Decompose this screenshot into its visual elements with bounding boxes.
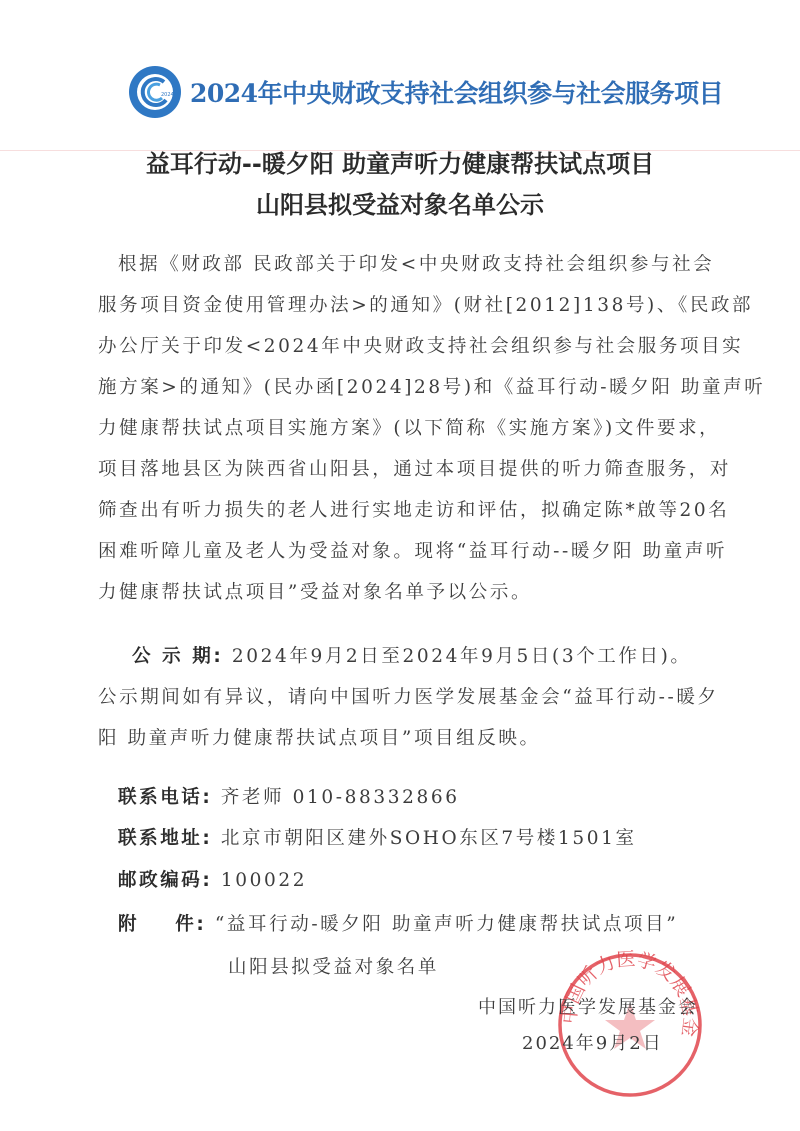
paragraph-line: 公示期间如有异议，请向中国听力医学发展基金会“益耳行动--暖夕 xyxy=(98,683,719,709)
program-title: 2024年中央财政支持社会组织参与社会服务项目 xyxy=(190,74,723,110)
attachment: 附 件: “益耳行动-暖夕阳 助童声听力健康帮扶试点项目” xyxy=(118,910,678,936)
contact-address-label: 联系地址: xyxy=(118,828,212,849)
page-header: 2024 2024年中央财政支持社会组织参与社会服务项目 xyxy=(128,64,723,120)
paragraph-line: 服务项目资金使用管理办法>的通知》(财社[2012]138号)、《民政部 xyxy=(98,291,753,317)
contact-address: 联系地址: 北京市朝阳区建外SOHO东区7号楼1501室 xyxy=(118,824,637,850)
contact-phone-label: 联系电话: xyxy=(118,787,212,808)
paragraph-line: 施方案>的通知》(民办函[2024]28号)和《益耳行动-暖夕阳 助童声听 xyxy=(98,373,765,399)
paragraph-line: 办公厅关于印发<2024年中央财政支持社会组织参与社会服务项目实 xyxy=(98,332,743,358)
official-seal-icon: 中国听力医学发展基金会 xyxy=(555,950,705,1100)
paragraph-line: 筛查出有听力损失的老人进行实地走访和评估，拟确定陈*啟等20名 xyxy=(98,496,729,522)
signature-organization: 中国听力医学发展基金会 xyxy=(478,993,698,1019)
postal-code: 邮政编码: 100022 xyxy=(118,866,307,892)
postal-code-value: 100022 xyxy=(221,870,307,891)
paragraph-line: 项目落地县区为陕西省山阳县，通过本项目提供的听力筛查服务，对 xyxy=(98,455,731,481)
postal-code-label: 邮政编码: xyxy=(118,870,212,891)
attachment-value-line2: 山阳县拟受益对象名单 xyxy=(228,953,439,979)
paragraph-line: 根据《财政部 民政部关于印发<中央财政支持社会组织参与社会 xyxy=(118,250,714,276)
notice-period-label: 公 示 期: xyxy=(132,646,223,667)
document-title-line2: 山阳县拟受益对象名单公示 xyxy=(0,185,800,220)
attachment-label: 附 件: xyxy=(118,914,206,935)
notice-period-value: 2024年9月2日至2024年9月5日(3个工作日)。 xyxy=(232,646,692,667)
signature-date: 2024年9月2日 xyxy=(522,1029,663,1055)
attachment-value-line1: “益耳行动-暖夕阳 助童声听力健康帮扶试点项目” xyxy=(215,914,678,935)
paragraph-line: 阳 助童声听力健康帮扶试点项目”项目组反映。 xyxy=(98,724,541,750)
contact-phone-value: 齐老师 010-88332866 xyxy=(221,787,460,808)
notice-period: 公 示 期: 2024年9月2日至2024年9月5日(3个工作日)。 xyxy=(132,642,692,668)
document-title-line1: 益耳行动--暖夕阳 助童声听力健康帮扶试点项目 xyxy=(0,144,800,179)
program-emblem-icon: 2024 xyxy=(128,65,182,119)
contact-phone: 联系电话: 齐老师 010-88332866 xyxy=(118,783,460,809)
paragraph-line: 力健康帮扶试点项目”受益对象名单予以公示。 xyxy=(98,578,532,604)
paragraph-line: 困难听障儿童及老人为受益对象。现将“益耳行动--暖夕阳 助童声听 xyxy=(98,537,727,563)
contact-address-value: 北京市朝阳区建外SOHO东区7号楼1501室 xyxy=(221,828,637,849)
svg-text:2024: 2024 xyxy=(161,92,174,98)
paragraph-line: 力健康帮扶试点项目实施方案》(以下简称《实施方案》)文件要求， xyxy=(98,414,720,440)
